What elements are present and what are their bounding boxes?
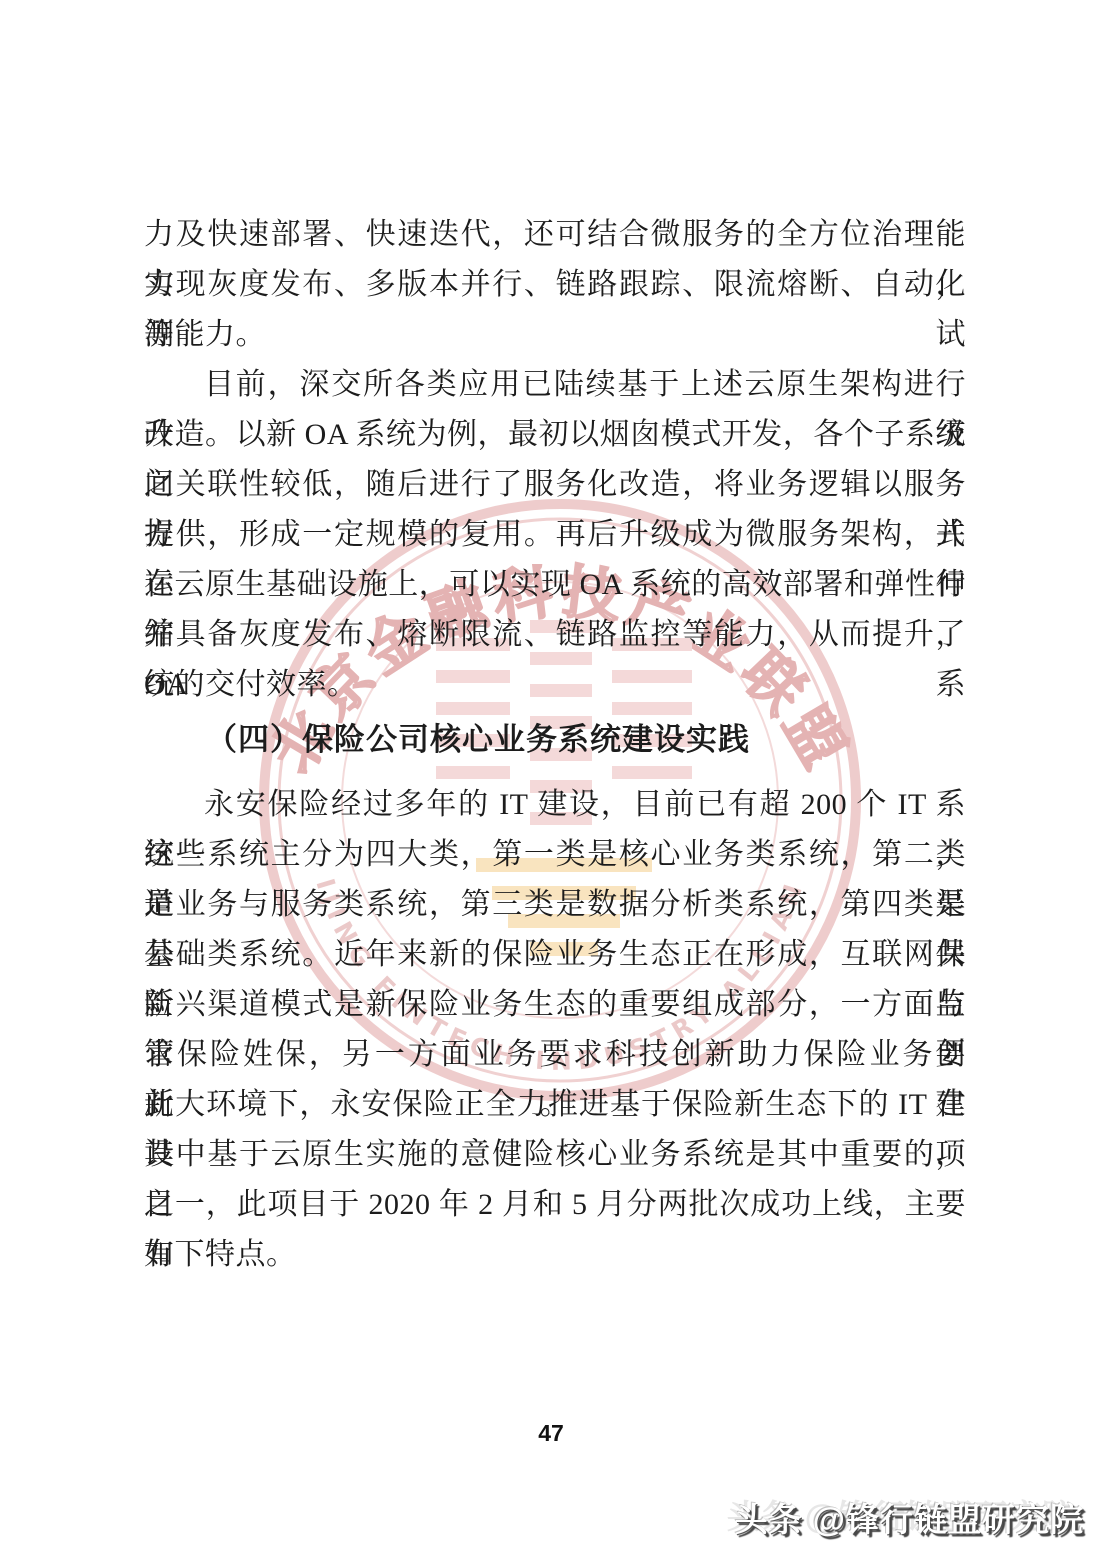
- text-line: 如下特点。: [144, 1230, 966, 1280]
- text-line: 改造。以新 OA 系统为例，最初以烟囱模式开发，各个子系统之: [144, 410, 966, 460]
- text-line: 提供，形成一定规模的复用。再后升级成为微服务架构，并运行: [144, 510, 966, 560]
- document-page: 北京金融科技产业联盟 BEIJING FINTECH INDUSTRY ALLI…: [0, 0, 1102, 1559]
- text-line: 求保险姓保，另一方面业务要求科技创新助力保险业务创新。在: [144, 1030, 966, 1080]
- text-line: 在云原生基础设施上，可以实现 OA 系统的高效部署和弹性伸缩，: [144, 560, 966, 610]
- text-line: 此大环境下，永安保险正全力推进基于保险新生态下的 IT 建设，: [144, 1080, 966, 1130]
- text-line: 道业务与服务类系统，第三类是数据分析类系统，第四类是公共: [144, 880, 966, 930]
- text-line: 并具备灰度发布、熔断限流、链路监控等能力，从而提升了 OA 系: [144, 610, 966, 660]
- text-line: 实现灰度发布、多版本并行、链路跟踪、限流熔断、自动化测试: [144, 260, 966, 310]
- text-line: 目前，深交所各类应用已陆续基于上述云原生架构进行升级: [144, 360, 966, 410]
- branding-watermark: 头条 @锋行链盟研究院: [735, 1494, 1084, 1541]
- text-line: 之一，此项目于 2020 年 2 月和 5 月分两批次成功上线，主要有: [144, 1180, 966, 1230]
- text-line: 其中基于云原生实施的意健险核心业务系统是其中重要的项目: [144, 1130, 966, 1180]
- page-number: 47: [0, 1420, 1102, 1447]
- text-line: 力及快速部署、快速迭代，还可结合微服务的全方位治理能力，: [144, 210, 966, 260]
- document-body: 力及快速部署、快速迭代，还可结合微服务的全方位治理能力，实现灰度发布、多版本并行…: [144, 210, 966, 1280]
- text-line: 这些系统主分为四大类，第一类是核心业务类系统，第二类是渠: [144, 830, 966, 880]
- text-line: 新兴渠道模式是新保险业务生态的重要组成部分，一方面监管要: [144, 980, 966, 1030]
- text-line: 间关联性较低，随后进行了服务化改造，将业务逻辑以服务方式: [144, 460, 966, 510]
- text-line: 基础类系统。近年来新的保险业务生态正在形成，互联网保险与: [144, 930, 966, 980]
- section-heading: （四）保险公司核心业务系统建设实践: [144, 710, 966, 780]
- text-line: 永安保险经过多年的 IT 建设，目前已有超 200 个 IT 系统，: [144, 780, 966, 830]
